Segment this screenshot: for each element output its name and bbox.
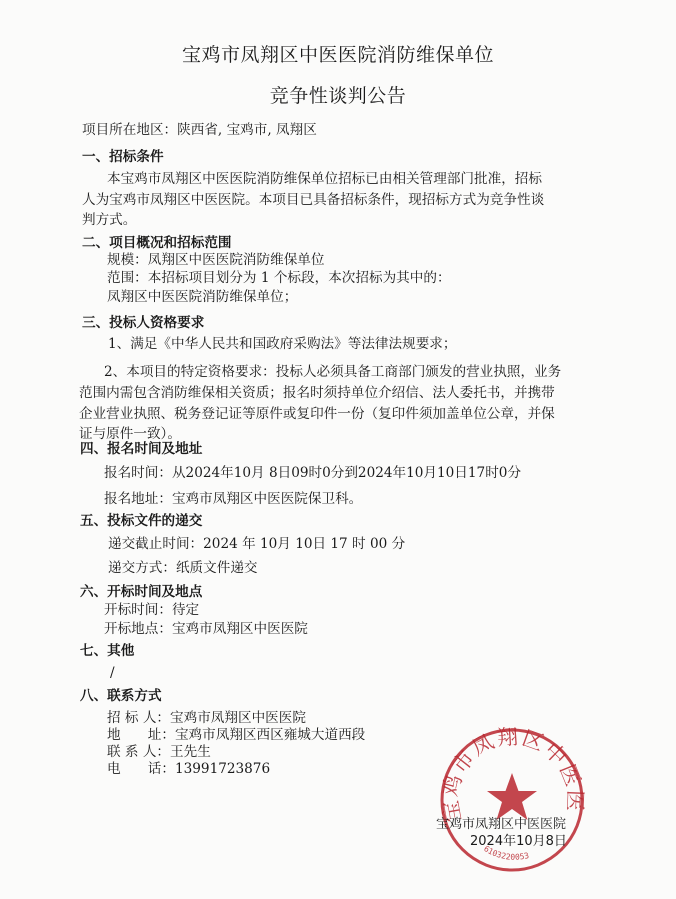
section-1-line-2: 人为宝鸡市凤翔区中医医院。本项目已具备招标条件，现招标方式为竞争性谈: [82, 191, 544, 209]
other-content: /: [110, 664, 115, 682]
project-region: 项目所在地区：陕西省, 宝鸡市, 凤翔区: [82, 121, 317, 139]
contact-value: 王先生: [170, 744, 211, 760]
document-subtitle: 竞争性谈判公告: [0, 81, 676, 108]
contact-phone: 电 话：13991723876: [107, 760, 270, 778]
contact-label: 联 系 人：: [107, 744, 170, 760]
section-heading-3: 三、投标人资格要求: [82, 311, 204, 331]
section-3-line-2: 2、本项目的特定资格要求：投标人必须具备工商部门颁发的营业执照，业务: [104, 363, 561, 381]
section-2-line-3: 凤翔区中医医院消防维保单位；: [107, 288, 297, 306]
section-3-line-3: 范围内需包含消防维保相关资质；报名时须持单位介绍信、法人委托书，并携带: [79, 384, 555, 402]
section-heading-7: 七、其他: [80, 639, 134, 659]
section-2-line-2: 范围：本招标项目划分为 1 个标段，本次招标为其中的：: [107, 269, 451, 287]
section-1-line-3: 判方式。: [82, 211, 136, 229]
announcement-page: 宝鸡市凤翔区中医医院消防维保单位 竞争性谈判公告 项目所在地区：陕西省, 宝鸡市…: [0, 0, 676, 899]
section-3-line-1: 1、满足《中华人民共和国政府采购法》等法律法规要求；: [108, 335, 457, 353]
section-heading-2: 二、项目概况和招标范围: [82, 231, 232, 251]
section-heading-4: 四、报名时间及地址: [80, 437, 202, 457]
contact-value: 13991723876: [175, 761, 270, 777]
contact-value: 宝鸡市凤翔区西区雍城大道西段: [175, 727, 365, 743]
document-title: 宝鸡市凤翔区中医医院消防维保单位: [0, 40, 676, 67]
registration-time: 报名时间：从2024年10月 8日09时0分到2024年10月10日17时0分: [104, 464, 521, 482]
contact-label: 电 话：: [107, 761, 175, 777]
contact-person: 联 系 人：王先生: [107, 743, 211, 761]
section-2-line-1: 规模：凤翔区中医医院消防维保单位: [107, 251, 325, 269]
contact-label: 招 标 人：: [107, 710, 170, 726]
opening-location: 开标地点：宝鸡市凤翔区中医医院: [104, 620, 308, 638]
contact-address: 地 址：宝鸡市凤翔区西区雍城大道西段: [107, 726, 365, 744]
section-1-line-1: 本宝鸡市凤翔区中医医院消防维保单位招标已由相关管理部门批准，招标: [107, 170, 542, 188]
section-heading-1: 一、招标条件: [82, 145, 164, 165]
section-heading-5: 五、投标文件的递交: [80, 509, 202, 529]
contact-value: 宝鸡市凤翔区中医医院: [170, 710, 306, 726]
submission-method: 递交方式：纸质文件递交: [108, 559, 258, 577]
official-seal-stamp: 宝鸡市凤翔区中医医院 6103220053: [437, 725, 587, 875]
contact-label: 地 址：: [107, 727, 175, 743]
submission-deadline: 递交截止时间：2024 年 10月 10日 17 时 00 分: [108, 535, 405, 553]
section-heading-6: 六、开标时间及地点: [80, 580, 202, 600]
section-3-line-4: 企业营业执照、税务登记证等原件或复印件一份（复印件须加盖单位公章，并保: [79, 405, 555, 423]
contact-tenderer: 招 标 人：宝鸡市凤翔区中医医院: [107, 709, 306, 727]
registration-address: 报名地址：宝鸡市凤翔区中医医院保卫科。: [104, 490, 362, 508]
opening-time: 开标时间：待定: [104, 601, 199, 619]
signature-date: 2024年10月8日: [470, 830, 567, 849]
section-heading-8: 八、联系方式: [80, 684, 162, 704]
